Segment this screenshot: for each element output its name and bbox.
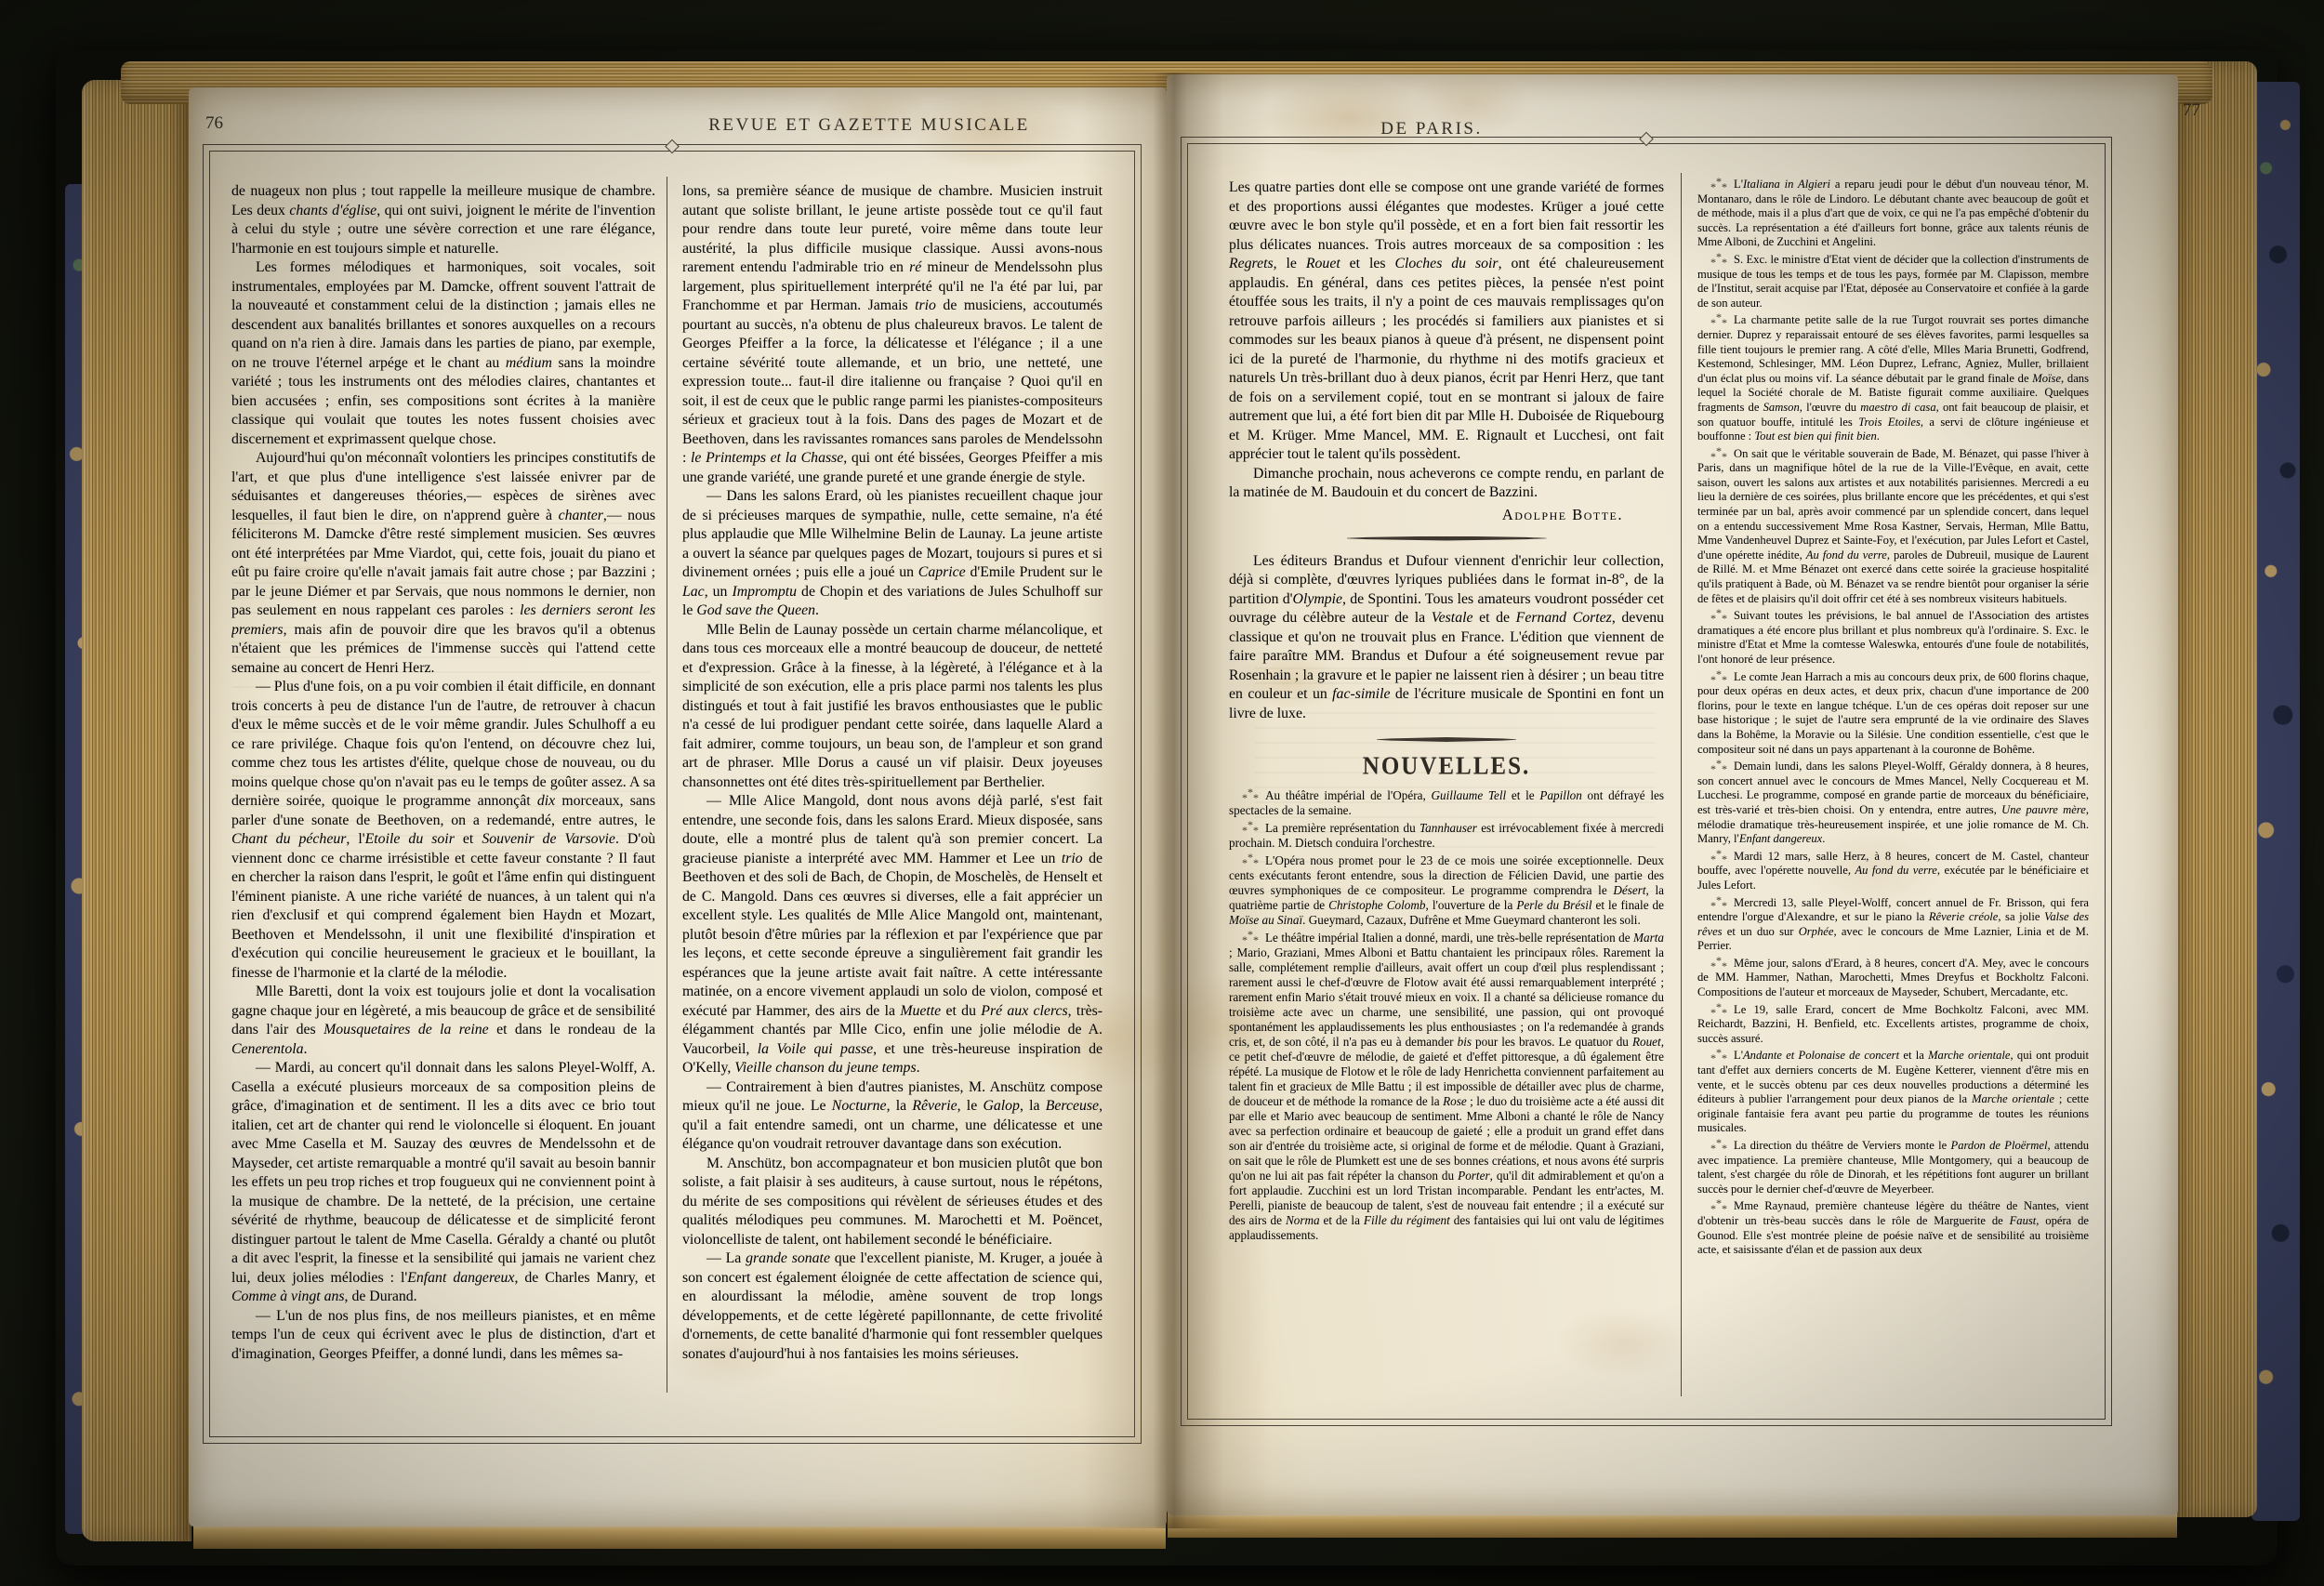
asterism-icon — [1709, 958, 1729, 969]
right-page-number: 77 — [2183, 100, 2200, 121]
news-items: L'Italiana in Algieri a reparu jeudi pou… — [1697, 178, 2089, 1258]
left-running-title: REVUE ET GAZETTE MUSICALE — [708, 115, 1030, 136]
paragraph: de nuageux non plus ; tout rappelle la m… — [231, 182, 655, 258]
news-text: L'Andante et Polonaise de concert et la … — [1697, 1049, 2089, 1134]
paragraph: — Mlle Alice Mangold, dont nous avons dé… — [682, 792, 1103, 1078]
asterism-icon — [1709, 314, 1729, 325]
asterism-icon — [1709, 1140, 1729, 1151]
news-text: La charmante petite salle de la rue Turg… — [1697, 313, 2089, 443]
nouvelles-heading: NOUVELLES. — [1229, 753, 1664, 781]
marbled-cover-right — [2251, 82, 2300, 1521]
asterism-icon — [1709, 671, 1729, 682]
news-text: Demain lundi, dans les salons Pleyel-Wol… — [1697, 760, 2089, 845]
asterism-icon — [1709, 448, 1729, 459]
news-item: L'Andante et Polonaise de concert et la … — [1697, 1049, 2089, 1136]
paragraph: Dimanche prochain, nous acheverons ce co… — [1229, 465, 1664, 503]
news-item: Même jour, salons d'Erard, à 8 heures, c… — [1697, 957, 2089, 1000]
asterism-icon — [1709, 851, 1729, 862]
news-text: Le théâtre impérial Italien a donné, mar… — [1229, 931, 1664, 1242]
asterism-icon — [1240, 822, 1261, 833]
news-text: Au théâtre impérial de l'Opéra, Guillaum… — [1229, 788, 1664, 817]
news-item: Le comte Jean Harrach a mis au concours … — [1697, 670, 2089, 758]
asterism-icon — [1709, 178, 1729, 190]
news-item: Mardi 12 mars, salle Herz, à 8 heures, c… — [1697, 850, 2089, 893]
paragraph: Mlle Baretti, dont la voix est toujours … — [231, 983, 655, 1059]
news-text: Mercredi 13, salle Pleyel-Wolff, concert… — [1697, 896, 2089, 953]
news-item: L'Italiana in Algieri a reparu jeudi pou… — [1697, 178, 2089, 250]
asterism-icon — [1240, 789, 1261, 800]
news-text: Mardi 12 mars, salle Herz, à 8 heures, c… — [1697, 850, 2089, 892]
news-text: La direction du théâtre de Verviers mont… — [1697, 1139, 2089, 1196]
book-scan: 76 REVUE ET GAZETTE MUSICALE de nuageux … — [0, 0, 2324, 1586]
paragraph: Les quatre parties dont elle se compose … — [1229, 178, 1664, 465]
asterism-icon — [1240, 854, 1261, 866]
news-item: La direction du théâtre de Verviers mont… — [1697, 1139, 2089, 1196]
news-text: Mme Raynaud, première chanteuse légère d… — [1697, 1199, 2089, 1256]
left-col-2: lons, sa première séance de musique de c… — [682, 182, 1103, 1391]
author-signature: Adolphe Botte. — [1229, 506, 1664, 524]
asterism-icon — [1709, 1004, 1729, 1015]
news-text: Le 19, salle Erard, concert de Mme Bochk… — [1697, 1003, 2089, 1045]
asterism-icon — [1709, 1050, 1729, 1061]
news-item: Suivant toutes les prévisions, le bal an… — [1697, 609, 2089, 667]
left-column-divider — [667, 177, 667, 1393]
news-text: Suivant toutes les prévisions, le bal an… — [1697, 609, 2089, 666]
news-item: Demain lundi, dans les salons Pleyel-Wol… — [1697, 760, 2089, 847]
right-col-2: L'Italiana in Algieri a reparu jeudi pou… — [1697, 175, 2089, 1398]
news-text: La première représentation du Tannhauser… — [1229, 821, 1664, 850]
section-rule — [1347, 536, 1547, 541]
paragraph: M. Anschütz, bon accompagnateur et bon m… — [682, 1155, 1103, 1250]
news-text: On sait que le véritable souverain de Ba… — [1697, 447, 2089, 605]
paragraph: lons, sa première séance de musique de c… — [682, 182, 1103, 487]
news-item: Au théâtre impérial de l'Opéra, Guillaum… — [1229, 788, 1664, 818]
news-text: L'Opéra nous promet pour le 23 de ce moi… — [1229, 853, 1664, 927]
feuilleton-text: lons, sa première séance de musique de c… — [682, 182, 1103, 1364]
paragraph: — Dans les salons Erard, où les pianiste… — [682, 487, 1103, 621]
news-text: S. Exc. le ministre d'Etat vient de déci… — [1697, 253, 2089, 310]
page-edges-bottom-right — [1168, 1512, 2177, 1538]
news-items: Au théâtre impérial de l'Opéra, Guillaum… — [1229, 788, 1664, 1243]
paragraph: — L'un de nos plus fins, de nos meilleur… — [231, 1307, 655, 1365]
asterism-icon — [1709, 1200, 1729, 1211]
news-item: S. Exc. le ministre d'Etat vient de déci… — [1697, 253, 2089, 311]
news-item: La charmante petite salle de la rue Turg… — [1697, 313, 2089, 443]
concert-review-end: Les quatre parties dont elle se compose … — [1229, 178, 1664, 503]
right-col-1: Les quatre parties dont elle se compose … — [1229, 178, 1664, 1398]
left-col-1: de nuageux non plus ; tout rappelle la m… — [231, 182, 655, 1391]
news-item: Le théâtre impérial Italien a donné, mar… — [1229, 931, 1664, 1243]
right-column-divider — [1681, 173, 1682, 1396]
paragraph: — Mardi, au concert qu'il donnait dans l… — [231, 1059, 655, 1307]
page-edges-bottom-left — [193, 1523, 1166, 1549]
news-text: L'Italiana in Algieri a reparu jeudi pou… — [1697, 178, 2089, 248]
paragraph: Les éditeurs Brandus et Dufour viennent … — [1229, 552, 1664, 724]
asterism-icon — [1709, 610, 1729, 621]
news-item: Mercredi 13, salle Pleyel-Wolff, concert… — [1697, 896, 2089, 954]
news-text: Le comte Jean Harrach a mis au concours … — [1697, 670, 2089, 756]
page-edges-left — [82, 80, 191, 1541]
paragraph: — La grande sonate que l'excellent piani… — [682, 1249, 1103, 1364]
news-item: Le 19, salle Erard, concert de Mme Bochk… — [1697, 1003, 2089, 1047]
section-rule — [1377, 737, 1516, 742]
news-item: Mme Raynaud, première chanteuse légère d… — [1697, 1199, 2089, 1257]
news-text: Même jour, salons d'Erard, à 8 heures, c… — [1697, 957, 2089, 998]
publisher-note: Les éditeurs Brandus et Dufour viennent … — [1229, 552, 1664, 724]
news-item: La première représentation du Tannhauser… — [1229, 821, 1664, 851]
asterism-icon — [1709, 760, 1729, 772]
paragraph: Les formes mélodiques et harmoniques, so… — [231, 258, 655, 449]
asterism-icon — [1709, 897, 1729, 908]
paragraph: Mlle Belin de Launay possède un certain … — [682, 621, 1103, 793]
news-item: L'Opéra nous promet pour le 23 de ce moi… — [1229, 853, 1664, 928]
paragraph: — Contrairement à bien d'autres pianiste… — [682, 1078, 1103, 1155]
asterism-icon — [1709, 254, 1729, 265]
left-page-number: 76 — [205, 113, 223, 134]
news-item: On sait que le véritable souverain de Ba… — [1697, 447, 2089, 607]
paragraph: — Plus d'une fois, on a pu voir combien … — [231, 678, 655, 983]
paragraph: Aujourd'hui qu'on méconnaît volontiers l… — [231, 449, 655, 678]
asterism-icon — [1240, 932, 1261, 943]
page-edges-right — [2172, 61, 2257, 1517]
feuilleton-text: de nuageux non plus ; tout rappelle la m… — [231, 182, 655, 1364]
